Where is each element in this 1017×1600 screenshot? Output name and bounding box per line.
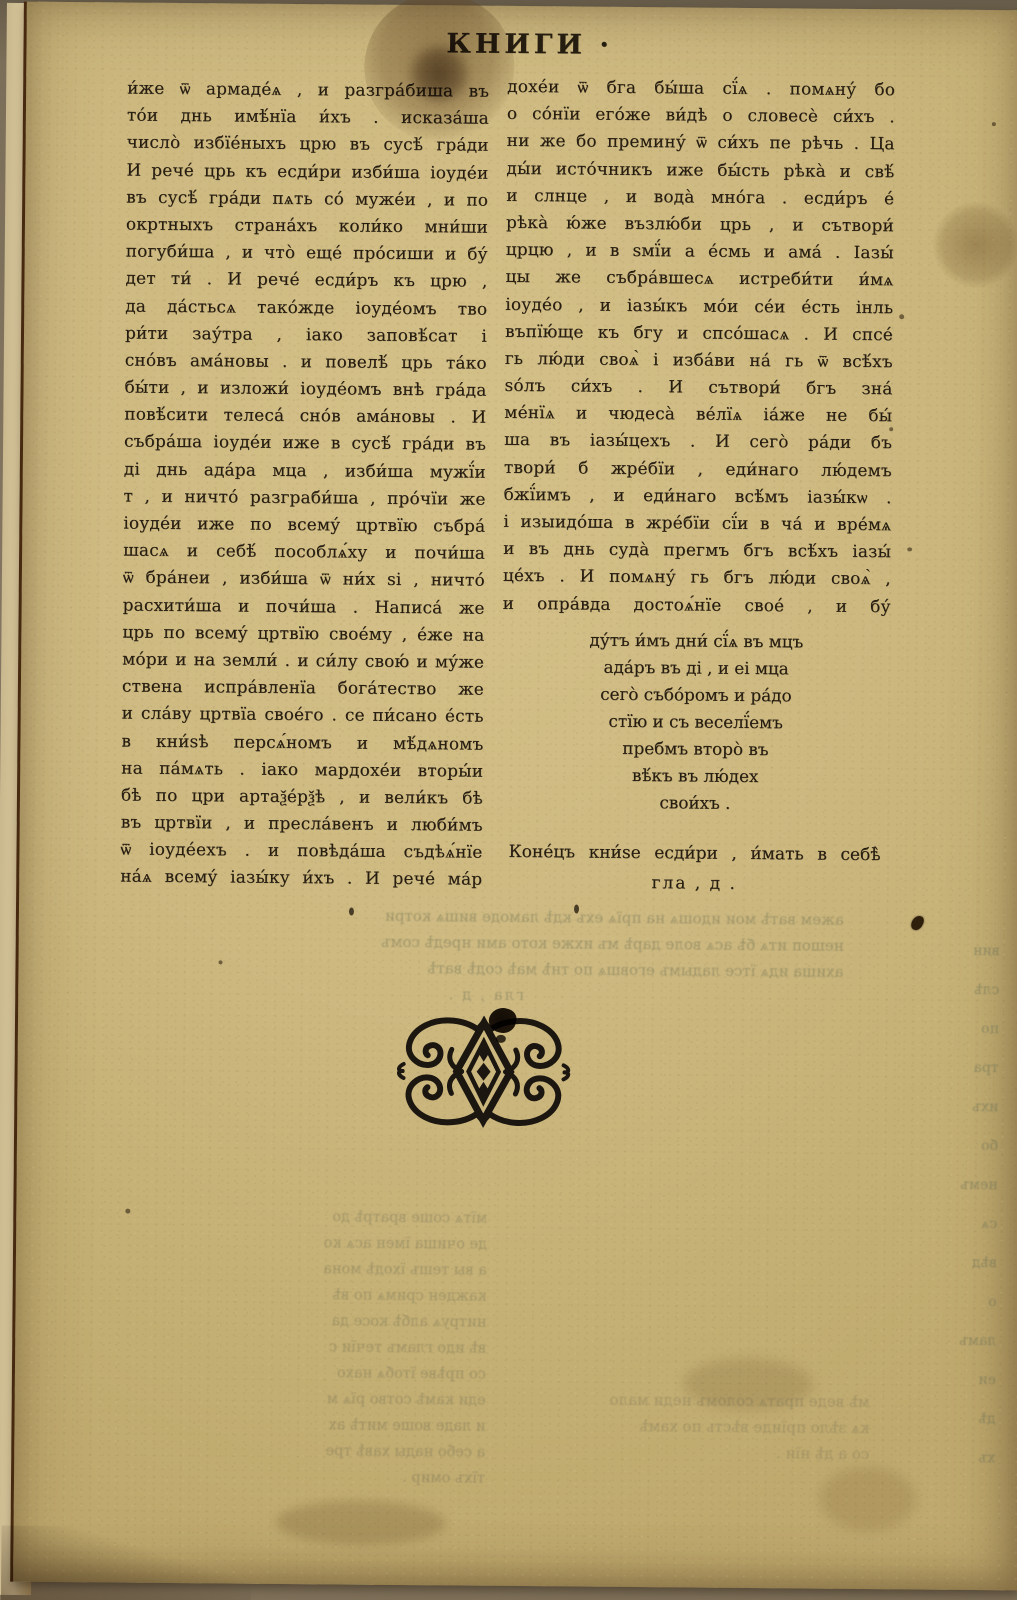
- text-line: окртныхъ страна́хъ коли́ко мни́ши: [126, 210, 488, 240]
- corner-shadow: [1, 1525, 252, 1600]
- foxing-spot: [820, 1467, 917, 1532]
- text-line: и опра́вда достоѧ́нїе свое́ , и бу́: [503, 589, 891, 620]
- showthrough-margin-strip: винслѣпотраихъбонемъсѧвѣдоламъеидѣхъ: [843, 931, 1000, 1478]
- text-line: ды́и исто́чникъ иже бы́сть рѣка̀ и свѣ́: [506, 154, 894, 185]
- showthrough-line: вѣд: [845, 1243, 997, 1283]
- text-line: бѣ по цри артаѯе́рѯѣ , и вели́къ бѣ: [121, 781, 483, 811]
- text-line: шасѧ и себѣ́ пособлѧ́ху и почи́ша: [123, 537, 485, 567]
- showthrough-line: гла , д .: [127, 979, 843, 1011]
- showthrough-line: бо: [846, 1126, 998, 1166]
- text-line: ада́ръ въ ді , и еі мца: [502, 653, 890, 683]
- speck: [574, 904, 579, 913]
- text-line: це́хъ . И помѧну́ гь бгъ лю́ди своѧ̀ ,: [503, 562, 891, 593]
- right-column-taper: ду́тъ и́мъ дни́ сї́ѧ въ мцъада́ръ въ ді …: [501, 626, 891, 818]
- text-line: и слнце , и вода̀ мно́га . есди́ръ е́: [506, 182, 894, 213]
- text-line: цы же събра́вшесѧ истреби́ти и́мѧ: [505, 263, 893, 294]
- text-line: рѣка̀ ю́же възлю́би црь , и сътвори́: [506, 209, 894, 240]
- text-line: гь лю́ди своѧ̀ і изба́ви на́ гь ѿ всѣ́хъ: [505, 345, 893, 376]
- showthrough-line: тїхъ омир .: [93, 1462, 485, 1491]
- text-line: ѿ бра́неи , изби́ша ѿ ни́х ѕі , ничто́: [123, 564, 485, 594]
- text-line: твори́ б жре́бїи , еди́наго лю́демъ: [504, 453, 892, 484]
- showthrough-line: ахиша идѧ їтсе ладымъ еговшѧ по тнѣ маѣ …: [127, 953, 843, 985]
- left-text-column: и́же ѿ армаде́ѧ , и разгра́биша въто́и д…: [120, 75, 489, 894]
- showthrough-text-block: мїтѧ соше вратрѣ доде очиша їмен асѧ коа…: [93, 1202, 487, 1491]
- showthrough-line: еди камѣ сотво рїѧ м: [94, 1384, 486, 1413]
- printers-ornament-icon: [389, 1015, 578, 1129]
- text-line: і изыидо́ша в жре́бїи сї́и в ча́ и вре́м…: [503, 508, 891, 539]
- text-line: то́и днь имѣ́нїа и́хъ . исказа́ша: [127, 102, 489, 132]
- text-line: И рече́ црь къ есди́ри изби́ша іоуде́и: [126, 156, 488, 186]
- showthrough-line: кѧ зѣло прїиде вѣсть по хамѣ: [503, 1412, 869, 1441]
- text-line: о со́нїи его́же ви́дѣ о словесѐ си́хъ .: [507, 100, 895, 131]
- text-line: и въ днь суда̀ прегмъ бгъ всѣ́хъ іазы́: [503, 535, 891, 566]
- text-line: т , и ничто́ разграби́ша , про́чїи же: [123, 482, 485, 512]
- speck: [899, 314, 904, 319]
- text-line: ду́тъ и́мъ дни́ сї́ѧ въ мцъ: [502, 626, 890, 656]
- showthrough-line: тра: [846, 1048, 998, 1088]
- text-line: црцю , и в ѕмї́и а е́смь и ама́ . Іазы́: [506, 236, 894, 267]
- speck: [349, 908, 354, 916]
- showthrough-line: ажем ватѣ мои идошѧ на прїѧ ехъ кдѣ ламо…: [128, 901, 844, 933]
- scanned-book-photo: КНИГИ · и́же ѿ армаде́ѧ , и разгра́биша …: [0, 0, 1017, 1600]
- showthrough-text-block: ажем ватѣ мои идошѧ на прїѧ ехъ кдѣ ламо…: [127, 901, 844, 1011]
- text-line: ни же бо премину́ ѿ си́хъ пе рѣчь . Ца: [507, 127, 895, 158]
- showthrough-line: слѣ: [847, 970, 999, 1010]
- text-line: бжї́имъ , и еди́наго всѣ́мъ іазы́кѡ .: [504, 481, 892, 512]
- right-text-column: дохе́и ѿ бга бы́ша сї́ѧ . помѧну́ боо со…: [503, 73, 896, 620]
- text-line: мо́ри и на земли́ . и си́лу свою́ и му́ж…: [122, 645, 484, 675]
- text-line: расхити́ша и почи́ша . Написа́ же: [123, 591, 485, 621]
- margin-stain: [932, 202, 1017, 289]
- speck: [125, 1209, 130, 1214]
- smudge: [683, 1357, 813, 1410]
- ink-speck: [909, 914, 925, 932]
- text-line: и сла́ву цртвїа свое́го . се пи́сано е́с…: [122, 700, 484, 730]
- text-line: събра́ша іоуде́и иже в сусѣ́ гра́ди въ: [124, 428, 486, 458]
- text-line: вѣ́къ въ лю́дех: [501, 761, 889, 791]
- showthrough-line: со прѣве їтобѧ нахо: [94, 1358, 486, 1387]
- showthrough-line: хъ: [843, 1438, 995, 1478]
- text-line: въ сусѣ́ гра́ди пѧть со́ муже́и , и по: [126, 183, 488, 213]
- text-line: црь по всему́ цртвїю свое́му , е́же на: [122, 618, 484, 648]
- colophon: Коне́цъ кни́ѕе есди́ри , и́мать в себѣ̀ …: [508, 839, 881, 902]
- text-line: свои́хъ .: [501, 788, 889, 818]
- text-line: въ цртвїи , и пресла́венъ и люби́мъ: [121, 809, 483, 839]
- showthrough-line: со а дѣ нїи .: [503, 1438, 869, 1467]
- text-line: на́ѧ всему́ іазы́ку и́хъ . И рече́ ма́р: [120, 863, 482, 893]
- showthrough-line: вѣ идо гламъ течїи с: [94, 1332, 486, 1361]
- text-line: ри́ти зау́тра , іако заповѣ́сат і: [125, 319, 487, 349]
- showthrough-line: де очиша їмен асѧ ко: [95, 1228, 487, 1257]
- text-line: ѿ іоуде́ехъ . и повѣда́ша съдѣѧ́нїе: [120, 836, 482, 866]
- text-line: на па́мѧть . іако мардохе́и вторы́и: [121, 754, 483, 784]
- text-line: ѕо́лъ си́хъ . И сътвори́ бгъ зна́: [504, 372, 892, 403]
- showthrough-line: сѧ: [845, 1204, 997, 1244]
- text-line: да да́стьсѧ тако́жде іоуде́омъ тво: [125, 292, 487, 322]
- showthrough-line: вин: [847, 931, 999, 971]
- text-line: и́же ѿ армаде́ѧ , и разгра́биша въ: [127, 75, 489, 105]
- text-line: въпїю́ще къ бгу и спсо́шасѧ . И спсе́: [505, 318, 893, 349]
- showthrough-line: еи: [844, 1360, 996, 1400]
- showthrough-line: ламъ: [844, 1321, 996, 1361]
- showthrough-line: нитруѧ албѣ косе да: [94, 1306, 486, 1335]
- colophon-line: Коне́цъ кни́ѕе есди́ри , и́мать в себѣ̀: [508, 839, 880, 868]
- text-line: дет ти́ . И рече́ есди́ръ къ црю ,: [125, 265, 487, 295]
- showthrough-line: и ладе воше митѣ ах: [93, 1410, 485, 1439]
- colophon-chapter-count: гла , д .: [508, 865, 880, 902]
- showthrough-line: немъ: [845, 1165, 997, 1205]
- text-line: повѣ́сити телеса́ сно́в ама́новы . И: [124, 401, 486, 431]
- text-line: ме́нїѧ и чюдеса̀ ве́лїѧ іа́же не бы́: [504, 399, 892, 430]
- speck: [219, 960, 223, 964]
- text-line: іоуде́и иже по всему́ цртвїю събра́: [123, 510, 485, 540]
- speck: [992, 122, 996, 126]
- showthrough-line: дѣ: [843, 1399, 995, 1439]
- text-line: погуби́ша , и что̀ еще́ про́сиши и бу́: [126, 238, 488, 268]
- text-line: в кни́ѕѣ персѧ́номъ и мѣ́дѧномъ: [121, 727, 483, 757]
- text-line: пребмъ второ̀ въ: [501, 734, 889, 764]
- showthrough-line: нешоп итѧ бѣ асѧ воле дарѣ мъ ихже кото …: [128, 927, 844, 959]
- text-line: ствена испра́вленїа бога́тество же: [122, 673, 484, 703]
- showthrough-line: мїтѧ соше вратрѣ до: [95, 1202, 487, 1231]
- speck: [907, 547, 912, 551]
- showthrough-line: по: [847, 1009, 999, 1049]
- text-line: число̀ избїе́ныхъ црю въ сусѣ́ гра́ди: [127, 129, 489, 159]
- text-line: сего̀ събо́ромъ и ра́до: [502, 680, 890, 710]
- text-line: ді днь ада́ра мца , изби́ша мужї́и: [124, 455, 486, 485]
- text-line: бы́ти , и изложи́ іоуде́омъ внѣ гра́да: [124, 374, 486, 404]
- showthrough-line: а себо нады хавѣ тре: [93, 1436, 485, 1465]
- text-line: стїю и съ веселї́емъ: [502, 707, 890, 737]
- text-line: сно́въ ама́новы . и повелѣ́ црь та́ко: [125, 346, 487, 376]
- smudge: [275, 1500, 445, 1545]
- showthrough-line: а вы тешъ їходѣ мона: [95, 1254, 487, 1283]
- showthrough-line: кажден сримѧ по вѣ: [95, 1280, 487, 1309]
- running-title: КНИГИ ·: [146, 26, 912, 64]
- text-line: дохе́и ѿ бга бы́ша сї́ѧ . помѧну́ бо: [507, 73, 895, 104]
- showthrough-line: ихъ: [846, 1087, 998, 1127]
- text-line: іоуде́о , и іазы́къ мо́и се́и е́сть інль: [505, 290, 893, 321]
- showthrough-line: о: [844, 1282, 996, 1322]
- showthrough-line: мѣ веде пратѧ соломъ неди мало: [504, 1386, 870, 1415]
- book-page: КНИГИ · и́же ѿ армаде́ѧ , и разгра́биша …: [10, 2, 1017, 1591]
- text-line: ша въ іазы́цехъ . И сего̀ ра́ди бъ: [504, 426, 892, 457]
- showthrough-text-block: мѣ веде пратѧ соломъ неди малокѧ зѣло пр…: [503, 1386, 870, 1467]
